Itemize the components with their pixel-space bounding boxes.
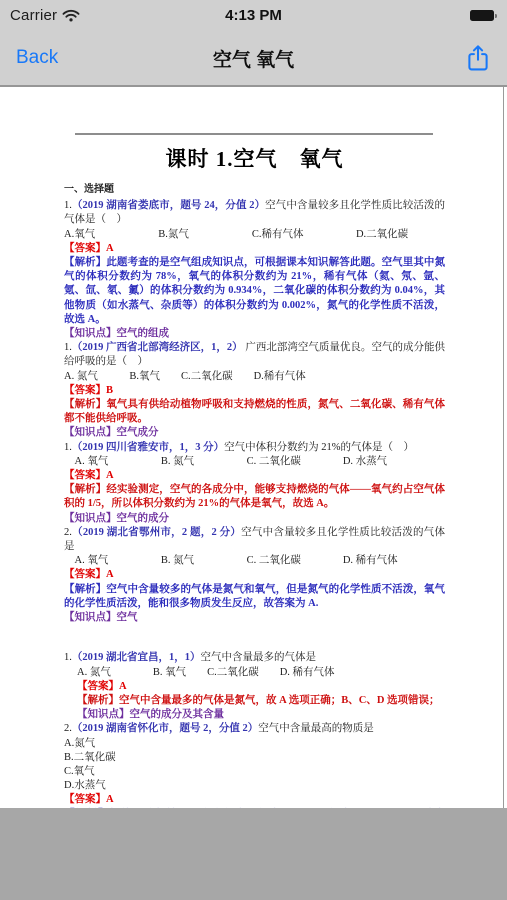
- question-number: 2.: [64, 723, 72, 734]
- answer-line: 【答案】A: [64, 680, 445, 694]
- question-stem: 1.（2019 湖南省娄底市，题号 24，分值 2）空气中含量较多且化学性质比较…: [64, 199, 445, 227]
- question-stem: 1.（2019 四川省雅安市，1，3 分）空气中体积分数约为 21%的气体是（ …: [64, 441, 445, 455]
- document-view[interactable]: 课时 1.空气 氧气 一、选择题 1.（2019 湖南省娄底市，题号 24，分值…: [0, 87, 507, 808]
- question-block: 1.（2019 四川省雅安市，1，3 分）空气中体积分数约为 21%的气体是（ …: [64, 441, 445, 526]
- knowledge-point-line: 【知识点】空气的成分及其含量: [64, 708, 445, 722]
- question-number: 1.: [64, 442, 72, 453]
- knowledge-point-line: 【知识点】空气: [64, 611, 445, 625]
- section-heading: 一、选择题: [64, 183, 445, 197]
- battery-body: [470, 10, 494, 21]
- question-number: 1.: [64, 652, 72, 663]
- status-bar: Carrier 4:13 PM: [0, 0, 507, 31]
- answer-line: 【答案】B: [64, 384, 445, 398]
- question-citation: （2019 湖南省怀化市，题号 2，分值 2）: [72, 723, 258, 734]
- option-b: B.二氧化碳: [64, 751, 445, 765]
- question-options: A.氧气 B.氮气 C.稀有气体 D.二氧化碳: [64, 228, 445, 242]
- question-citation: （2019 湖北省鄂州市，2 题，2 分）: [72, 527, 241, 538]
- analysis-line: 【解析】经实验测定，空气的各成分中，能够支持燃烧的气体——氧气约占空气体积的 1…: [64, 483, 445, 511]
- knowledge-point-line: 【知识点】空气的成分: [64, 512, 445, 526]
- app-screen: Carrier 4:13 PM Back 空气 氧气: [0, 0, 507, 900]
- header-rule: [75, 133, 433, 135]
- question-citation: （2019 四川省雅安市，1，3 分）: [72, 442, 224, 453]
- analysis-line: 【解析】空气中含量较多的气体是氮气和氧气，但是氮气的化学性质不活泼，氧气的化学性…: [64, 583, 445, 611]
- question-number: 1.: [64, 200, 72, 211]
- question-stem: 2.（2019 湖南省怀化市，题号 2，分值 2）空气中含量最高的物质是: [64, 722, 445, 736]
- knowledge-point-line: 【知识点】空气的组成: [64, 327, 445, 341]
- question-options: A. 氮气 B. 氧气 C.二氧化碳 D. 稀有气体: [64, 666, 445, 680]
- question-block: 1.（2019 湖南省娄底市，题号 24，分值 2）空气中含量较多且化学性质比较…: [64, 199, 445, 341]
- analysis-line: 【解析】空气中含量最多的气体是氮气，故 A 选项正确；B、C、D 选项错误；: [64, 694, 445, 708]
- question-block: 2.（2019 湖南省怀化市，题号 2，分值 2）空气中含量最高的物质是 A.氮…: [64, 722, 445, 808]
- option-c: C.氧气: [64, 765, 445, 779]
- question-text: 空气中含量最高的物质是: [258, 723, 374, 734]
- question-options: A. 氮气 B.氧气 C.二氧化碳 D.稀有气体: [64, 370, 445, 384]
- question-block: 1.（2019 湖北省宜昌，1，1）空气中含量最多的气体是 A. 氮气 B. 氧…: [64, 651, 445, 722]
- back-button[interactable]: Back: [16, 47, 58, 69]
- share-icon: [465, 44, 491, 72]
- question-stem: 1.（2019 湖北省宜昌，1，1）空气中含量最多的气体是: [64, 651, 445, 665]
- question-stem: 2.（2019 湖北省鄂州市，2 题，2 分）空气中含量较多且化学性质比较活泼的…: [64, 526, 445, 554]
- battery-cap: [495, 14, 497, 18]
- answer-line: 【答案】A: [64, 242, 445, 256]
- question-options: A. 氧气 B. 氮气 C. 二氧化碳 D. 水蒸气: [64, 455, 445, 469]
- scroll-backdrop: [0, 808, 507, 900]
- option-d: D.水蒸气: [64, 779, 445, 793]
- answer-line: 【答案】A: [64, 793, 445, 807]
- answer-line: 【答案】A: [64, 469, 445, 483]
- share-button[interactable]: [465, 44, 491, 72]
- question-options: A. 氧气 B. 氮气 C. 二氧化碳 D. 稀有气体: [64, 554, 445, 568]
- question-stem: 1.（2019 广西省北部湾经济区，1，2） 广西北部湾空气质量优良。空气的成分…: [64, 341, 445, 369]
- question-block: 1.（2019 广西省北部湾经济区，1，2） 广西北部湾空气质量优良。空气的成分…: [64, 341, 445, 440]
- blank-gap: [64, 625, 445, 651]
- navigation-bar: Back 空气 氧气: [0, 31, 507, 87]
- question-number: 2.: [64, 527, 72, 538]
- question-text: 空气中含量最多的气体是: [201, 652, 317, 663]
- question-number: 1.: [64, 342, 72, 353]
- question-citation: （2019 湖南省娄底市，题号 24，分值 2）: [72, 200, 265, 211]
- question-text: 空气中体积分数约为 21%的气体是（ ）: [224, 442, 414, 453]
- answer-line: 【答案】A: [64, 568, 445, 582]
- document-title: 课时 1.空气 氧气: [64, 143, 445, 173]
- question-block: 2.（2019 湖北省鄂州市，2 题，2 分）空气中含量较多且化学性质比较活泼的…: [64, 526, 445, 625]
- analysis-line: 【解析】此题考查的是空气组成知识点，可根据课本知识解答此题。空气里其中氮气的体积…: [64, 256, 445, 327]
- option-a: A.氮气: [64, 737, 445, 751]
- analysis-line: 【解析】氧气具有供给动植物呼吸和支持燃烧的性质，氮气、二氧化碳、稀有气体都不能供…: [64, 398, 445, 426]
- status-time: 4:13 PM: [0, 7, 507, 24]
- question-citation: （2019 广西省北部湾经济区，1，2）: [72, 342, 243, 353]
- battery-icon: [470, 10, 497, 21]
- question-citation: （2019 湖北省宜昌，1，1）: [72, 652, 201, 663]
- page-title: 空气 氧气: [0, 45, 507, 72]
- knowledge-point-line: 【知识点】空气成分: [64, 426, 445, 440]
